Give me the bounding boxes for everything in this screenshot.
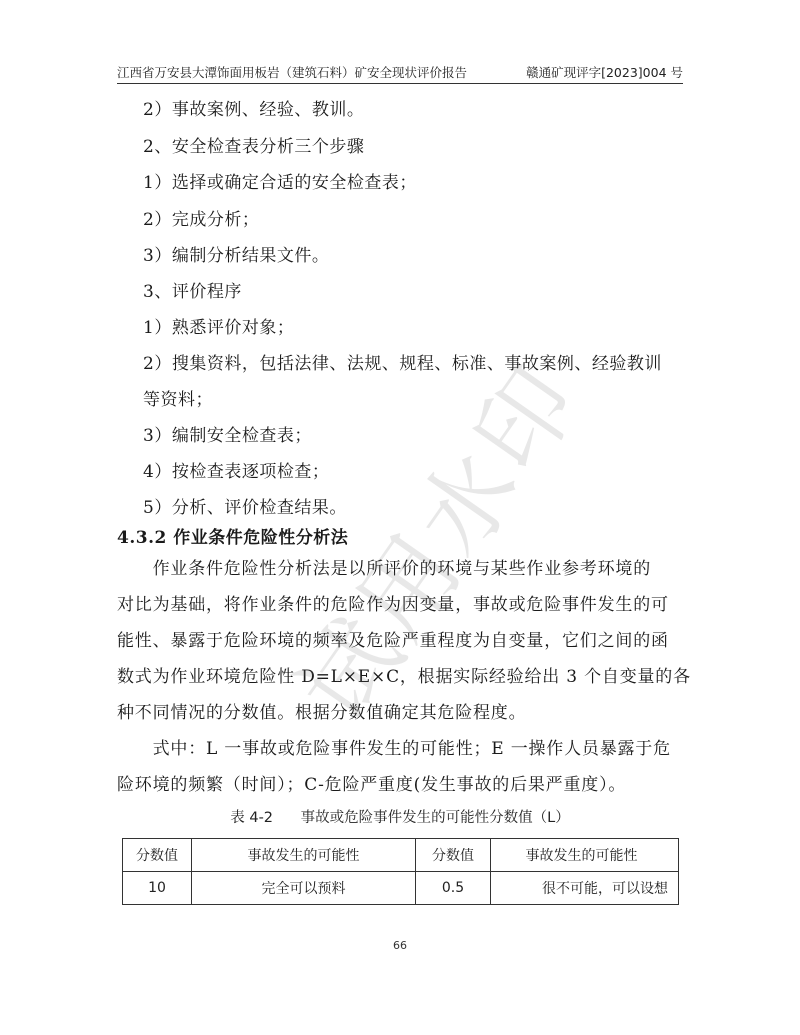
likelihood-score-table: 分数值 事故发生的可能性 分数值 事故发生的可能性 10 完全可以预料 0.5 … xyxy=(122,838,679,905)
list-item: 1）选择或确定合适的安全检查表； xyxy=(143,168,417,193)
list-item: 2、安全检查表分析三个步骤 xyxy=(143,132,364,157)
list-item: 2）完成分析； xyxy=(143,205,259,230)
paragraph-line: 数式为作业环境危险性 D=L×E×C，根据实际经验给出 3 个自变量的各 xyxy=(117,659,683,695)
section-heading: 4.3.2 作业条件危险性分析法 xyxy=(117,523,348,548)
paragraph-line: 险环境的频繁（时间）；C-危险严重度(发生事故的后果严重度）。 xyxy=(117,767,683,803)
list-item: 3）编制安全检查表； xyxy=(143,421,312,446)
formula-explanation-paragraph: 式中：L 一事故或危险事件发生的可能性；E 一操作人员暴露于危 险环境的频繁（时… xyxy=(117,731,683,803)
table-row: 10 完全可以预料 0.5 很不可能，可以设想 xyxy=(123,872,679,905)
table-caption: 表 4-2 事故或危险事件发生的可能性分数值（L） xyxy=(0,806,800,827)
table-header-row: 分数值 事故发生的可能性 分数值 事故发生的可能性 xyxy=(123,839,679,872)
table-header-cell: 分数值 xyxy=(123,839,192,872)
paragraph-line: 对比为基础，将作业条件的危险作为因变量，事故或危险事件发生的可 xyxy=(117,587,683,623)
method-description-paragraph: 作业条件危险性分析法是以所评价的环境与某些作业参考环境的 对比为基础，将作业条件… xyxy=(117,551,683,731)
paragraph-line: 式中：L 一事故或危险事件发生的可能性；E 一操作人员暴露于危 xyxy=(117,731,683,767)
list-item: 2）搜集资料，包括法律、法规、规程、标准、事故案例、经验教训 xyxy=(143,349,662,374)
header-divider xyxy=(117,83,683,84)
paragraph-line: 能性、暴露于危险环境的频率及危险严重程度为自变量，它们之间的函 xyxy=(117,623,683,659)
header-report-title: 江西省万安县大潭饰面用板岩（建筑石料）矿安全现状评价报告 xyxy=(117,63,467,81)
table-cell: 0.5 xyxy=(416,872,491,905)
paragraph-line: 作业条件危险性分析法是以所评价的环境与某些作业参考环境的 xyxy=(117,551,683,587)
list-item: 4）按检查表逐项检查； xyxy=(143,457,329,482)
header-document-number: 赣通矿现评字[2023]004 号 xyxy=(526,63,683,81)
list-item: 3）编制分析结果文件。 xyxy=(143,241,329,266)
list-item: 3、评价程序 xyxy=(143,277,242,302)
table-header-cell: 事故发生的可能性 xyxy=(192,839,416,872)
list-item: 5）分析、评价检查结果。 xyxy=(143,493,347,518)
list-item-continuation: 等资料； xyxy=(143,385,213,410)
table-header-cell: 分数值 xyxy=(416,839,491,872)
paragraph-line: 种不同情况的分数值。根据分数值确定其危险程度。 xyxy=(117,695,683,731)
table-header-cell: 事故发生的可能性 xyxy=(491,839,679,872)
running-header: 江西省万安县大潭饰面用板岩（建筑石料）矿安全现状评价报告 赣通矿现评字[2023… xyxy=(117,63,683,81)
list-item: 1）熟悉评价对象； xyxy=(143,313,294,338)
table-cell: 很不可能，可以设想 xyxy=(491,872,679,905)
table-cell: 完全可以预料 xyxy=(192,872,416,905)
list-item: 2）事故案例、经验、教训。 xyxy=(143,95,364,120)
table-cell: 10 xyxy=(123,872,192,905)
document-page: 江西省万安县大潭饰面用板岩（建筑石料）矿安全现状评价报告 赣通矿现评字[2023… xyxy=(0,0,800,1035)
page-number: 66 xyxy=(0,939,800,952)
